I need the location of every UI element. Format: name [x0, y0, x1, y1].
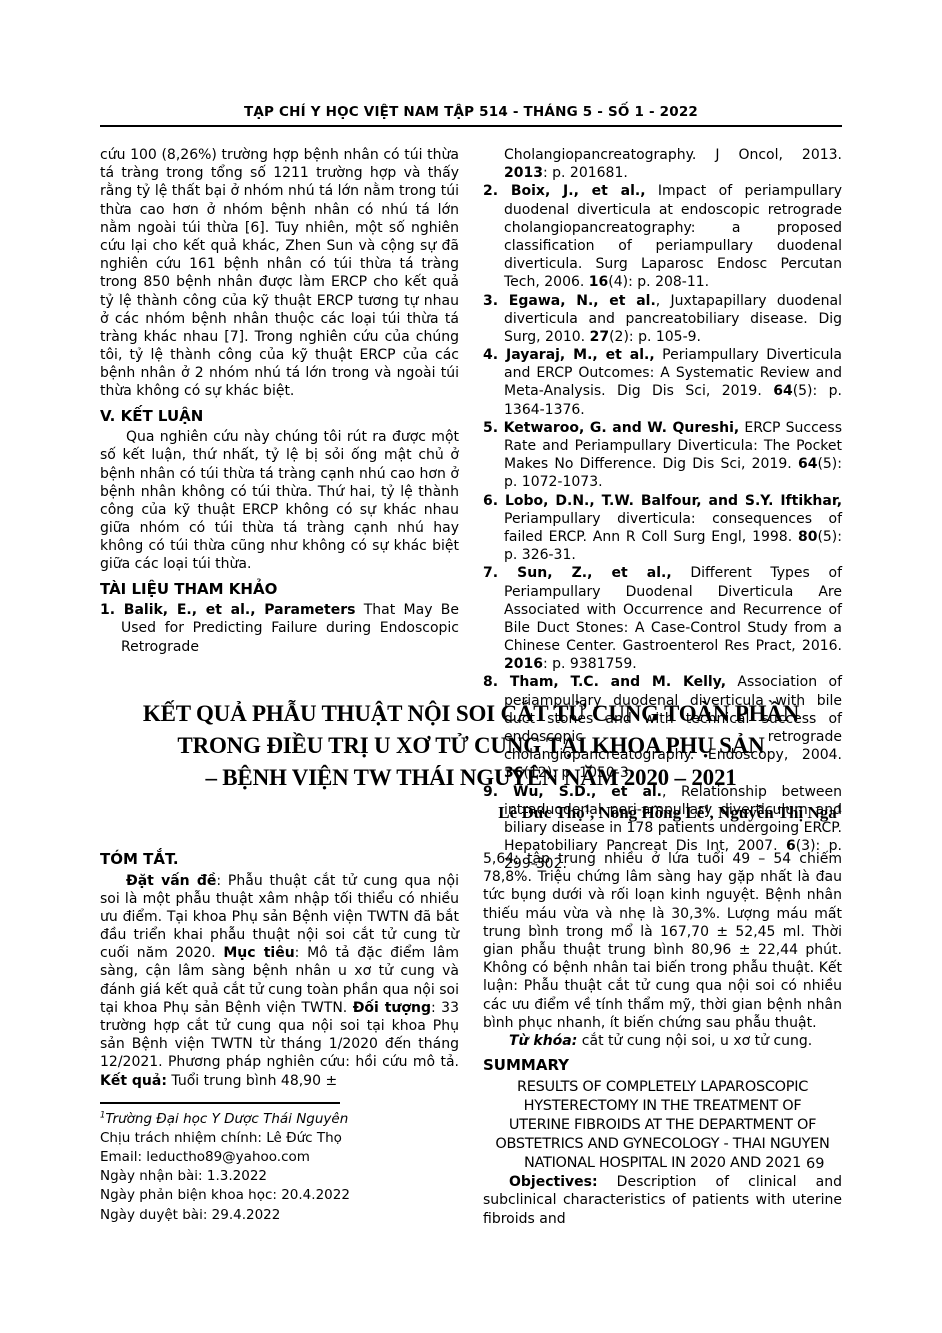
reference-number: 4. — [483, 347, 506, 363]
conclusion-heading: V. KẾT LUẬN — [100, 407, 459, 427]
reference-item: 7. Sun, Z., et al., Different Types of P… — [483, 564, 842, 673]
footnote-lines: 1Trường Đại học Y Dược Thái NguyênChịu t… — [100, 1110, 459, 1225]
footnote-rule — [100, 1102, 340, 1104]
text-line: Email: leductho89@yahoo.com — [100, 1148, 459, 1167]
text-segment: (2): p. 105-9. — [609, 329, 701, 345]
text-line: – BỆNH VIỆN TW THÁI NGUYÊN NĂM 2020 – 20… — [100, 762, 842, 794]
reference-item: 4. Jayaraj, M., et al., Periampullary Di… — [483, 346, 842, 419]
text-segment: Cholangiopancreatography. J Oncol, 2013. — [504, 147, 842, 163]
text-line: Ngày phản biện khoa học: 20.4.2022 — [100, 1186, 459, 1205]
text-segment: Ngày phản biện khoa học: 20.4.2022 — [100, 1187, 350, 1203]
reference-item: 6. Lobo, D.N., T.W. Balfour, and S.Y. If… — [483, 492, 842, 565]
page-number: 69 — [806, 1156, 824, 1172]
keywords-line: Từ khóa: cắt tử cung nội soi, u xơ tử cu… — [483, 1032, 842, 1050]
text-segment: 2016 — [504, 656, 543, 672]
text-segment: , Nguyễn Thị Nga — [710, 803, 837, 822]
summary-heading: SUMMARY — [483, 1056, 842, 1076]
text-line: OBSTETRICS AND GYNECOLOGY - THAI NGUYEN — [483, 1135, 842, 1154]
text-line: Ngày nhận bài: 1.3.2022 — [100, 1167, 459, 1186]
text-segment: Trường Đại học Y Dược Thái Nguyên — [105, 1111, 348, 1127]
article2-title-block: KẾT QUẢ PHẪU THUẬT NỘI SOI CẮT TỬ CUNG T… — [100, 698, 842, 823]
text-segment: Kết quả: — [100, 1073, 167, 1089]
reference-number: 8. — [483, 674, 510, 690]
text-line: RESULTS OF COMPLETELY LAPAROSCOPIC — [483, 1078, 842, 1097]
text-segment: Tuổi trung bình 48,90 ± — [167, 1073, 337, 1089]
journal-page: TẠP CHÍ Y HỌC VIỆT NAM TẬP 514 - THÁNG 5… — [0, 0, 942, 1333]
reference-number: 1. — [100, 602, 124, 618]
reference-item: 2. Boix, J., et al., Impact of periampul… — [483, 182, 842, 291]
text-line: KẾT QUẢ PHẪU THUẬT NỘI SOI CẮT TỬ CUNG T… — [100, 698, 842, 730]
abstract-continuation: 5,64; tập trung nhiều ở lứa tuổi 49 – 54… — [483, 850, 842, 1032]
body-paragraph: cứu 100 (8,26%) trường hợp bệnh nhân có … — [100, 146, 459, 401]
authors-line: Lê Đức Thọ1, Nông Hồng Lê1, Nguyễn Thị N… — [100, 803, 842, 823]
journal-header-text: TẠP CHÍ Y HỌC VIỆT NAM TẬP 514 - THÁNG 5… — [244, 104, 698, 120]
running-head: TẠP CHÍ Y HỌC VIỆT NAM TẬP 514 - THÁNG 5… — [100, 104, 842, 127]
text-segment: Đặt vấn đề — [126, 873, 216, 889]
text-segment: Ngày nhận bài: 1.3.2022 — [100, 1168, 267, 1184]
text-segment: 2013 — [504, 165, 543, 181]
text-segment: : p. 9381759. — [543, 656, 637, 672]
text-segment: Boix, J., et al., — [511, 183, 646, 199]
reference-continuation: Cholangiopancreatography. J Oncol, 2013.… — [483, 146, 842, 182]
article2-body: TÓM TẮT. Đặt vấn đề: Phẫu thuật cắt tử c… — [100, 850, 842, 1228]
text-segment: : p. 201681. — [543, 165, 628, 181]
reference-number: 7. — [483, 565, 517, 581]
text-segment: Ngày duyệt bài: 29.4.2022 — [100, 1207, 280, 1223]
text-line: 1Trường Đại học Y Dược Thái Nguyên — [100, 1110, 459, 1129]
references-heading: TÀI LIỆU THAM KHẢO — [100, 580, 459, 600]
article2-left-column: TÓM TẮT. Đặt vấn đề: Phẫu thuật cắt tử c… — [100, 850, 459, 1228]
text-line: HYSTERECTOMY IN THE TREATMENT OF — [483, 1097, 842, 1116]
text-segment: cắt tử cung nội soi, u xơ tử cung. — [577, 1033, 812, 1049]
reference-number: 6. — [483, 493, 505, 509]
reference-item: 5. Ketwaroo, G. and W. Qureshi, ERCP Suc… — [483, 419, 842, 492]
text-line: TRONG ĐIỀU TRỊ U XƠ TỬ CUNG TẠI KHOA PHỤ… — [100, 730, 842, 762]
abstract-paragraph: Đặt vấn đề: Phẫu thuật cắt tử cung qua n… — [100, 872, 459, 1090]
objectives-paragraph: Objectives: Description of clinical and … — [483, 1173, 842, 1228]
text-segment: (4): p. 208-11. — [608, 274, 709, 290]
conclusion-paragraph: Qua nghiên cứu này chúng tôi rút ra được… — [100, 428, 459, 574]
text-segment: Đối tượng — [353, 1000, 431, 1016]
text-segment: Balik, E., et al., Parameters — [124, 602, 356, 618]
reference-number: 2. — [483, 183, 511, 199]
text-segment: 1 — [837, 803, 842, 814]
article2-title: KẾT QUẢ PHẪU THUẬT NỘI SOI CẮT TỬ CUNG T… — [100, 698, 842, 794]
text-segment: Lê Đức Thọ — [498, 803, 584, 822]
text-segment: 64 — [773, 383, 792, 399]
reference-list-left: 1. Balik, E., et al., Parameters That Ma… — [100, 601, 459, 656]
text-segment: Tham, T.C. and M. Kelly, — [510, 674, 726, 690]
reference-number: 3. — [483, 293, 509, 309]
text-segment: Ketwaroo, G. and W. Qureshi, — [504, 420, 740, 436]
abstract-heading: TÓM TẮT. — [100, 850, 459, 870]
footnote-block: 1Trường Đại học Y Dược Thái NguyênChịu t… — [100, 1102, 459, 1225]
text-segment: 64 — [798, 456, 817, 472]
text-line: NATIONAL HOSPITAL IN 2020 AND 2021 — [483, 1154, 842, 1173]
reference-item: 1. Balik, E., et al., Parameters That Ma… — [100, 601, 459, 656]
text-line: Chịu trách nhiệm chính: Lê Đức Thọ — [100, 1129, 459, 1148]
text-segment: Lobo, D.N., T.W. Balfour, and S.Y. Iftik… — [505, 493, 842, 509]
text-segment: , Nông Hồng Lê — [590, 803, 704, 822]
text-segment: Objectives: — [509, 1174, 598, 1190]
text-segment: 27 — [590, 329, 609, 345]
text-segment: Sun, Z., et al., — [517, 565, 672, 581]
text-segment: Periampullary diverticula: consequences … — [504, 511, 842, 545]
text-segment: Jayaraj, M., et al., — [506, 347, 655, 363]
text-segment: 80 — [798, 529, 817, 545]
text-segment: Chịu trách nhiệm chính: Lê Đức Thọ — [100, 1130, 342, 1146]
reference-number: 5. — [483, 420, 504, 436]
text-segment: 16 — [589, 274, 608, 290]
text-segment: Mục tiêu — [223, 945, 294, 961]
summary-title: RESULTS OF COMPLETELY LAPAROSCOPICHYSTER… — [483, 1078, 842, 1174]
text-segment: Egawa, N., et al. — [509, 293, 656, 309]
text-line: UTERINE FIBROIDS AT THE DEPARTMENT OF — [483, 1116, 842, 1135]
article2-right-column: 5,64; tập trung nhiều ở lứa tuổi 49 – 54… — [483, 850, 842, 1228]
text-segment: Email: leductho89@yahoo.com — [100, 1149, 310, 1165]
reference-item: 3. Egawa, N., et al., Juxtapapillary duo… — [483, 292, 842, 347]
text-line: Ngày duyệt bài: 29.4.2022 — [100, 1206, 459, 1225]
text-segment: Từ khóa: — [509, 1033, 577, 1049]
